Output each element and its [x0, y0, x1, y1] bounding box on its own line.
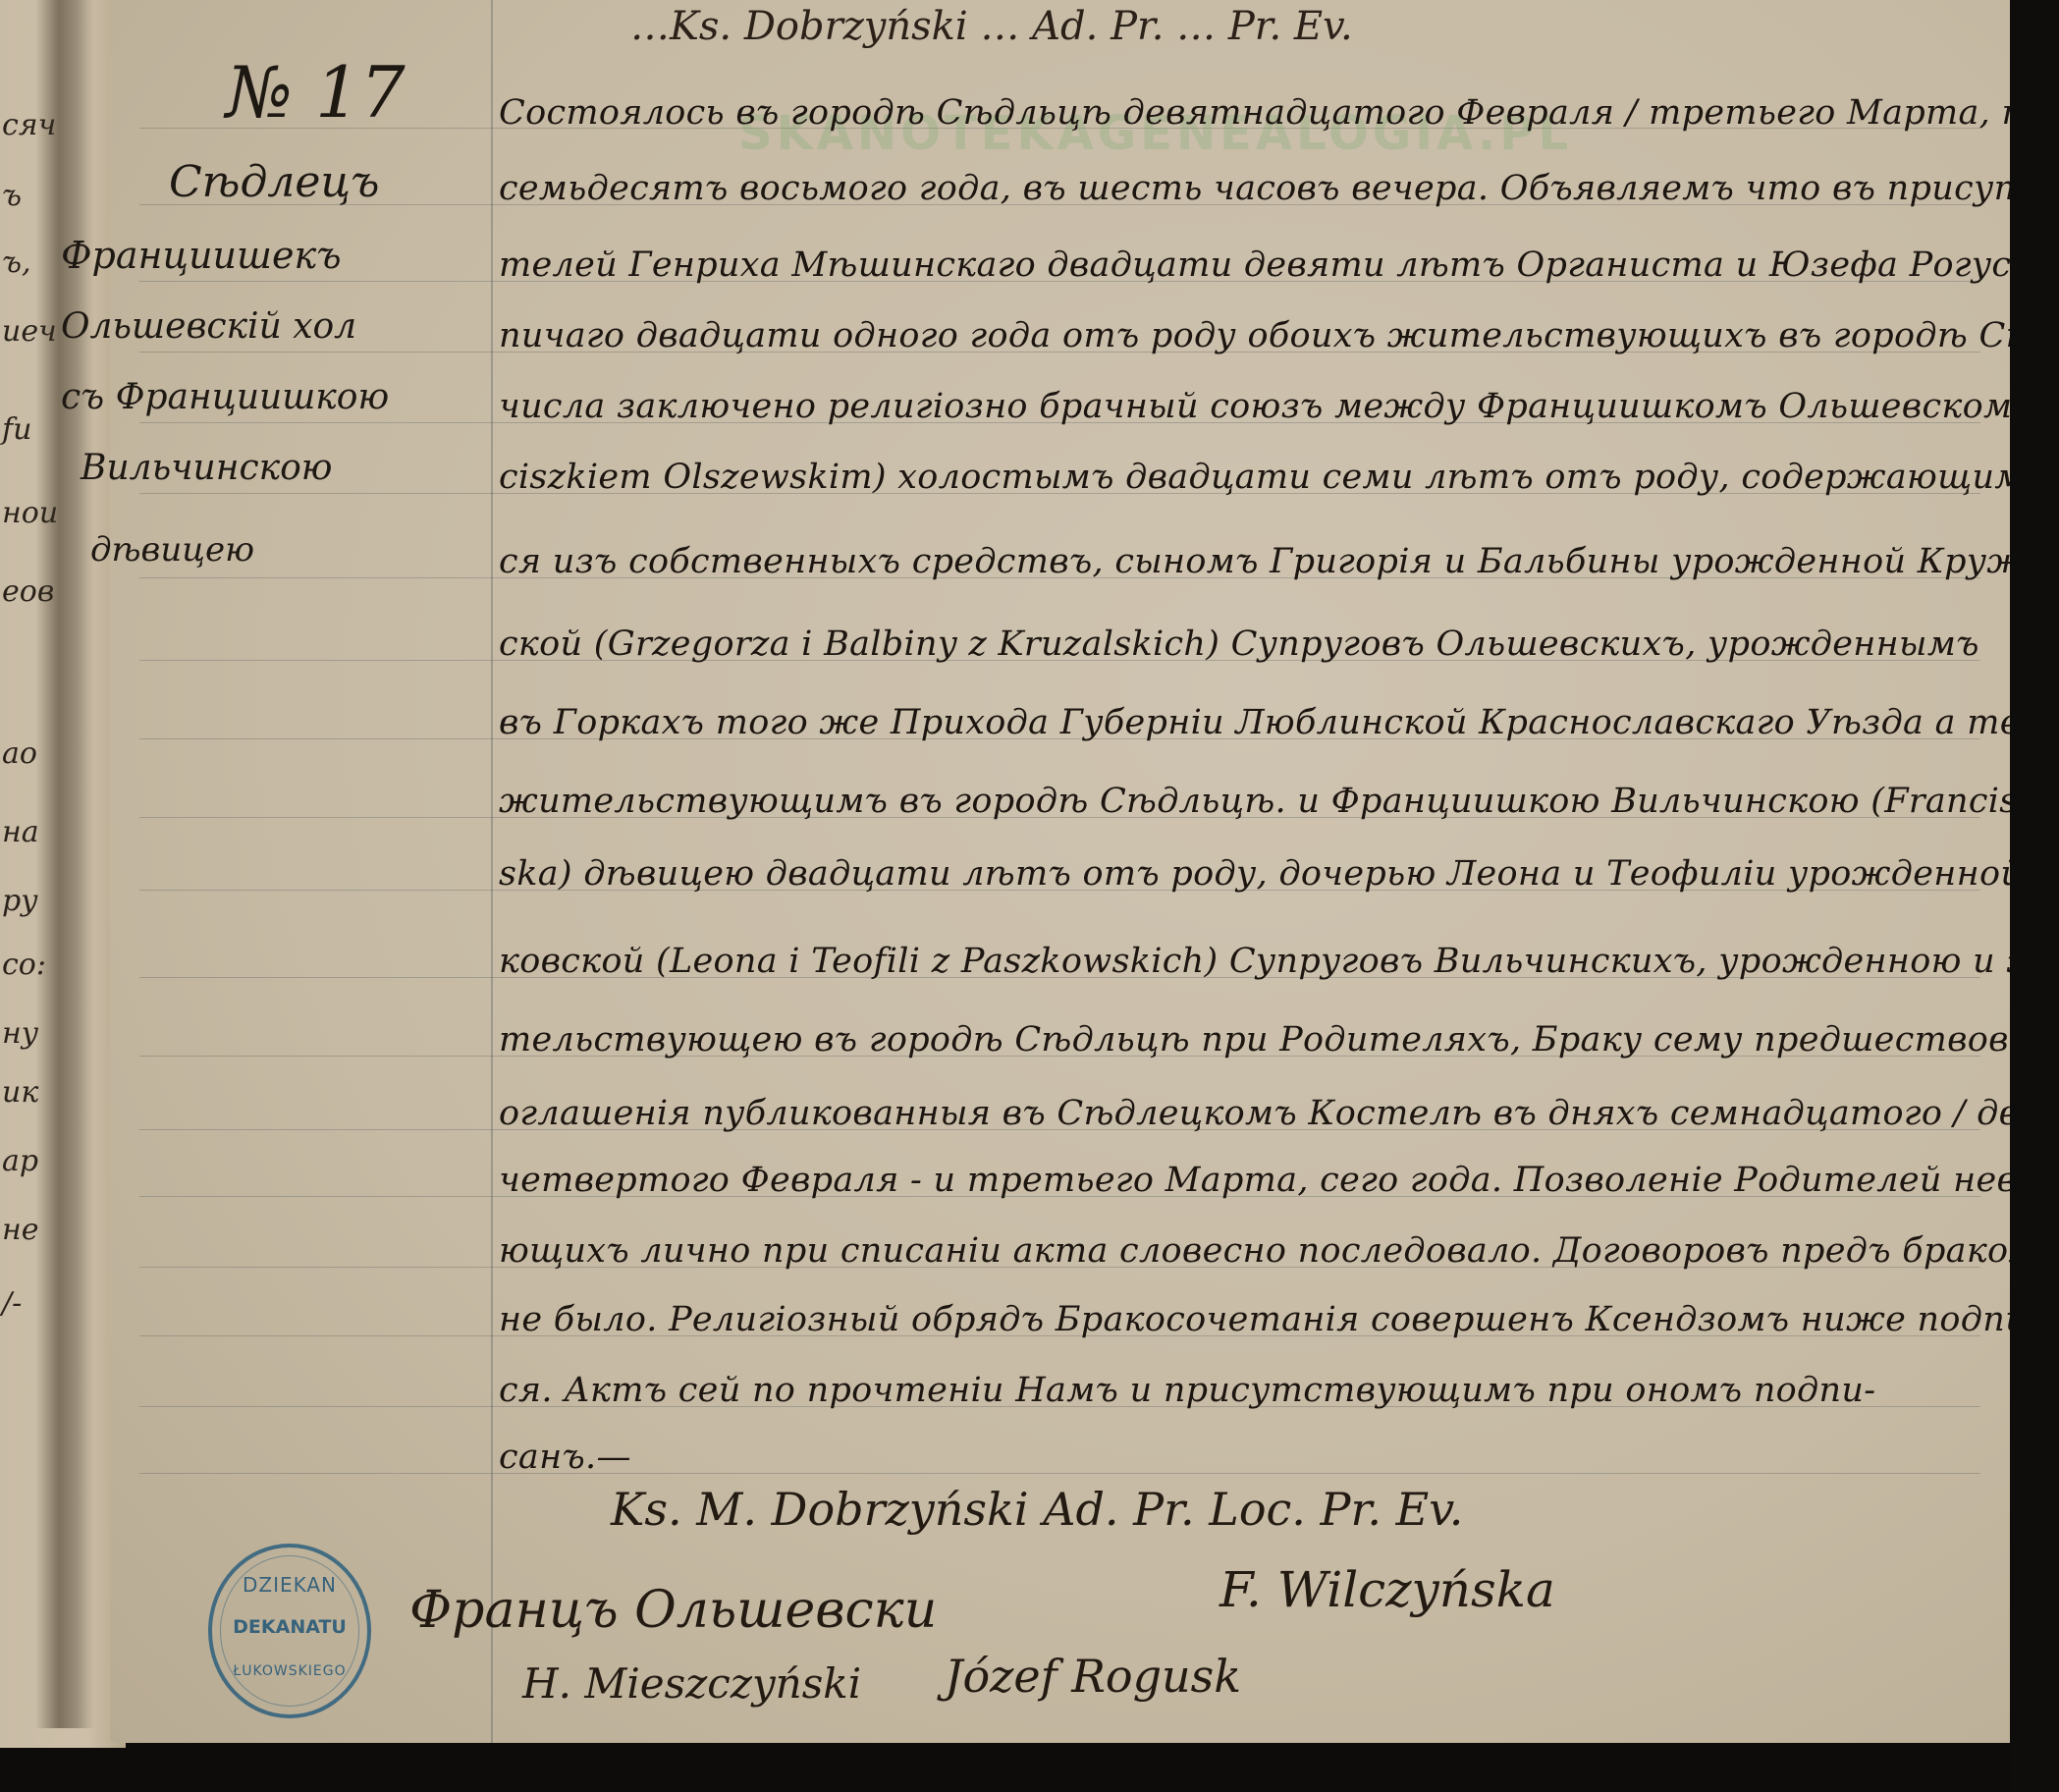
- left-page-fragment: /-: [2, 1286, 22, 1321]
- witness-signature: H. Mieszczyński: [522, 1659, 861, 1708]
- margin-rule: [491, 0, 493, 1743]
- body-line: ковской (Leona i Teofili z Paszkowskich)…: [499, 942, 2059, 981]
- witness-signature: Józef Rogusk: [945, 1650, 1241, 1703]
- groom-signature: Францъ Ольшевски: [409, 1581, 937, 1640]
- body-line: семьдесятъ восьмого года, въ шесть часов…: [499, 169, 2059, 208]
- body-line: числа заключено религіозно брачный союзъ…: [499, 387, 2059, 426]
- margin-entry: Франциишекъ: [61, 234, 342, 277]
- body-line: санъ.—: [499, 1438, 631, 1477]
- margin-entry: Ольшевскій хол: [61, 306, 356, 347]
- left-page-fragment: не: [2, 1213, 39, 1247]
- margin-entry: Вильчинскою: [81, 448, 332, 488]
- previous-entry-signature: …Ks. Dobrzyński … Ad. Pr. … Pr. Ev.: [630, 4, 1353, 49]
- bride-signature: F. Wilczyńska: [1219, 1561, 1555, 1618]
- body-line: ciszkiem Olszewskim) холостымъ двадцати …: [499, 458, 2035, 497]
- left-page-fragment: ъ: [2, 179, 22, 213]
- left-page-fragment: ру: [2, 884, 38, 918]
- body-line: ющихъ лично при списаніи акта словесно п…: [499, 1231, 2059, 1271]
- left-page-fragment: на: [2, 815, 39, 849]
- body-line: ся. Актъ сей по прочтеніи Намъ и присутс…: [499, 1371, 1875, 1410]
- left-page-fragment: ик: [2, 1075, 38, 1110]
- stamp-text-bottom: ŁUKOWSKIEGO: [212, 1663, 367, 1679]
- stamp-text-middle: DEKANATU: [212, 1616, 367, 1638]
- margin-entry: съ Франциишкою: [61, 377, 389, 417]
- margin-entry: дѣвицею: [90, 530, 254, 570]
- priest-signature: Ks. M. Dobrzyński Ad. Pr. Loc. Pr. Ev.: [611, 1483, 1463, 1536]
- body-line: жительствующимъ въ городѣ Сѣдльцѣ. и Фра…: [499, 782, 2059, 821]
- scan-border: [2010, 0, 2059, 1792]
- register-page: SKANOTEKAGENEALOGIA.PL …Ks. Dobrzyński ……: [110, 0, 2010, 1743]
- body-line: оглашенія публикованныя въ Сѣдлецкомъ Ко…: [499, 1094, 2059, 1133]
- body-line: не было. Религіозный обрядъ Бракосочетан…: [499, 1300, 2059, 1339]
- body-line: ской (Grzegorza i Balbiny z Kruzalskich)…: [499, 624, 1979, 664]
- body-line: пичаго двадцати одного года отъ роду обо…: [499, 316, 2059, 355]
- left-page-fragment: ну: [2, 1016, 38, 1051]
- margin-place: Сѣдлецъ: [169, 157, 379, 207]
- left-page-fragment: ар: [2, 1144, 38, 1178]
- body-line: телей Генриха Мѣшинскаго двадцати девяти…: [499, 245, 2059, 285]
- record-number: № 17: [226, 51, 406, 134]
- body-line: тельствующею въ городѣ Сѣдльцѣ при Родит…: [499, 1020, 2059, 1059]
- deanery-stamp: DZIEKAN DEKANATU ŁUKOWSKIEGO: [208, 1544, 371, 1718]
- body-line: четвертого Февраля - и третьего Марта, с…: [499, 1161, 2059, 1200]
- left-page-fragment: ъ,: [2, 245, 31, 280]
- stamp-text-top: DZIEKAN: [212, 1573, 367, 1597]
- left-page-fragment: fu: [2, 412, 31, 447]
- ruled-line: [139, 1473, 1980, 1474]
- body-line: Состоялось въ городѣ Сѣдльцѣ девятнадцат…: [499, 93, 2059, 133]
- left-page-fragment: ао: [2, 736, 37, 771]
- body-line: ska) дѣвицею двадцати лѣтъ отъ роду, доч…: [499, 854, 2059, 894]
- body-line: въ Горкахъ того же Прихода Губерніи Любл…: [499, 703, 2059, 742]
- body-line: ся изъ собственныхъ средствъ, сыномъ Гри…: [499, 542, 2059, 581]
